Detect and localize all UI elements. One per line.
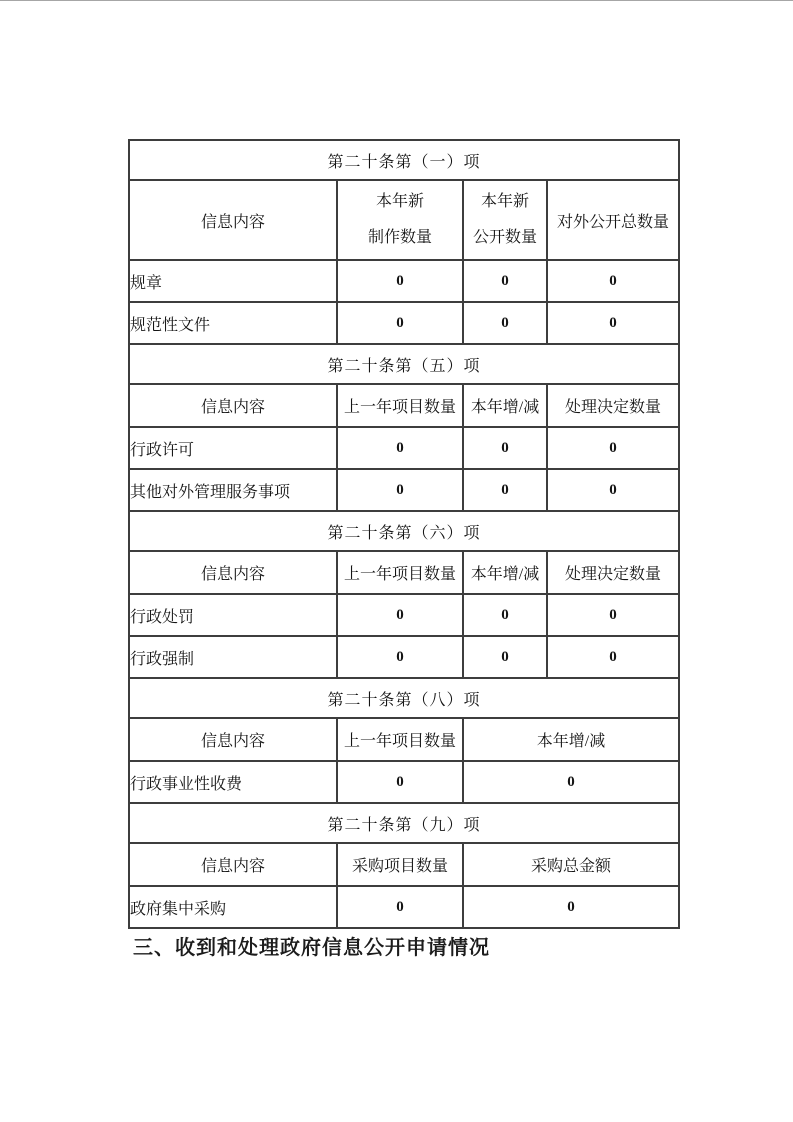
section-3-col-header: 处理决定数量	[547, 551, 679, 594]
section-5-col-header: 采购项目数量	[337, 843, 463, 886]
cell-value: 0	[337, 469, 463, 511]
row-label: 规章	[129, 260, 337, 302]
cell-value: 0	[547, 594, 679, 636]
cell-value: 0	[337, 886, 463, 928]
section-3-header-row: 信息内容 上一年项目数量 本年增/减 处理决定数量	[129, 551, 679, 594]
section-3-caption: 第二十条第（六）项	[129, 511, 679, 551]
report-page: 第二十条第（一）项 信息内容 本年新 制作数量 本年新 公开数量 对外公开总数量…	[0, 0, 793, 1122]
row-label: 行政事业性收费	[129, 761, 337, 803]
cell-value: 0	[547, 636, 679, 678]
table-row: 规章 0 0 0	[129, 260, 679, 302]
cell-value: 0	[337, 427, 463, 469]
section-4-col-header: 上一年项目数量	[337, 718, 463, 761]
section-2-header-row: 信息内容 上一年项目数量 本年增/减 处理决定数量	[129, 384, 679, 427]
table-row: 规范性文件 0 0 0	[129, 302, 679, 344]
section-3-caption-row: 第二十条第（六）项	[129, 511, 679, 551]
section-4-header-row: 信息内容 上一年项目数量 本年增/减	[129, 718, 679, 761]
section-5-caption: 第二十条第（九）项	[129, 803, 679, 843]
section-1-col-header: 本年新 公开数量	[463, 180, 547, 260]
section-4-col-header: 本年增/减	[463, 718, 679, 761]
section-1-caption-row: 第二十条第（一）项	[129, 140, 679, 180]
section-1-header-row: 信息内容 本年新 制作数量 本年新 公开数量 对外公开总数量	[129, 180, 679, 260]
row-label: 行政处罚	[129, 594, 337, 636]
section-4-col-header: 信息内容	[129, 718, 337, 761]
row-label: 规范性文件	[129, 302, 337, 344]
cell-value: 0	[337, 260, 463, 302]
section-1-caption: 第二十条第（一）项	[129, 140, 679, 180]
cell-value: 0	[547, 302, 679, 344]
table-row: 行政处罚 0 0 0	[129, 594, 679, 636]
table-row: 行政事业性收费 0 0	[129, 761, 679, 803]
cell-value: 0	[463, 427, 547, 469]
section-heading: 三、收到和处理政府信息公开申请情况	[133, 934, 490, 962]
section-1-col-header: 对外公开总数量	[547, 180, 679, 260]
row-label: 行政强制	[129, 636, 337, 678]
table-row: 其他对外管理服务事项 0 0 0	[129, 469, 679, 511]
section-1-col-header: 本年新 制作数量	[337, 180, 463, 260]
section-3-col-header: 上一年项目数量	[337, 551, 463, 594]
section-2-col-header: 处理决定数量	[547, 384, 679, 427]
cell-value: 0	[463, 594, 547, 636]
cell-value: 0	[463, 469, 547, 511]
cell-value: 0	[463, 302, 547, 344]
cell-value: 0	[547, 427, 679, 469]
section-5-col-header: 信息内容	[129, 843, 337, 886]
cell-value: 0	[547, 469, 679, 511]
section-5-col-header: 采购总金额	[463, 843, 679, 886]
cell-value: 0	[463, 761, 679, 803]
cell-value: 0	[463, 886, 679, 928]
row-label: 行政许可	[129, 427, 337, 469]
section-2-caption: 第二十条第（五）项	[129, 344, 679, 384]
cell-value: 0	[337, 761, 463, 803]
row-label: 其他对外管理服务事项	[129, 469, 337, 511]
cell-value: 0	[463, 636, 547, 678]
section-2-caption-row: 第二十条第（五）项	[129, 344, 679, 384]
section-1-col-header: 信息内容	[129, 180, 337, 260]
section-2-col-header: 上一年项目数量	[337, 384, 463, 427]
section-3-col-header: 本年增/减	[463, 551, 547, 594]
section-4-caption: 第二十条第（八）项	[129, 678, 679, 718]
section-2-col-header: 信息内容	[129, 384, 337, 427]
page-top-edge	[0, 0, 793, 1]
cell-value: 0	[337, 636, 463, 678]
table-row: 政府集中采购 0 0	[129, 886, 679, 928]
section-3-col-header: 信息内容	[129, 551, 337, 594]
disclosure-statistics-table: 第二十条第（一）项 信息内容 本年新 制作数量 本年新 公开数量 对外公开总数量…	[128, 139, 680, 929]
section-5-caption-row: 第二十条第（九）项	[129, 803, 679, 843]
cell-value: 0	[463, 260, 547, 302]
cell-value: 0	[337, 594, 463, 636]
table-row: 行政强制 0 0 0	[129, 636, 679, 678]
row-label: 政府集中采购	[129, 886, 337, 928]
cell-value: 0	[547, 260, 679, 302]
table-row: 行政许可 0 0 0	[129, 427, 679, 469]
section-2-col-header: 本年增/减	[463, 384, 547, 427]
section-5-header-row: 信息内容 采购项目数量 采购总金额	[129, 843, 679, 886]
section-4-caption-row: 第二十条第（八）项	[129, 678, 679, 718]
cell-value: 0	[337, 302, 463, 344]
